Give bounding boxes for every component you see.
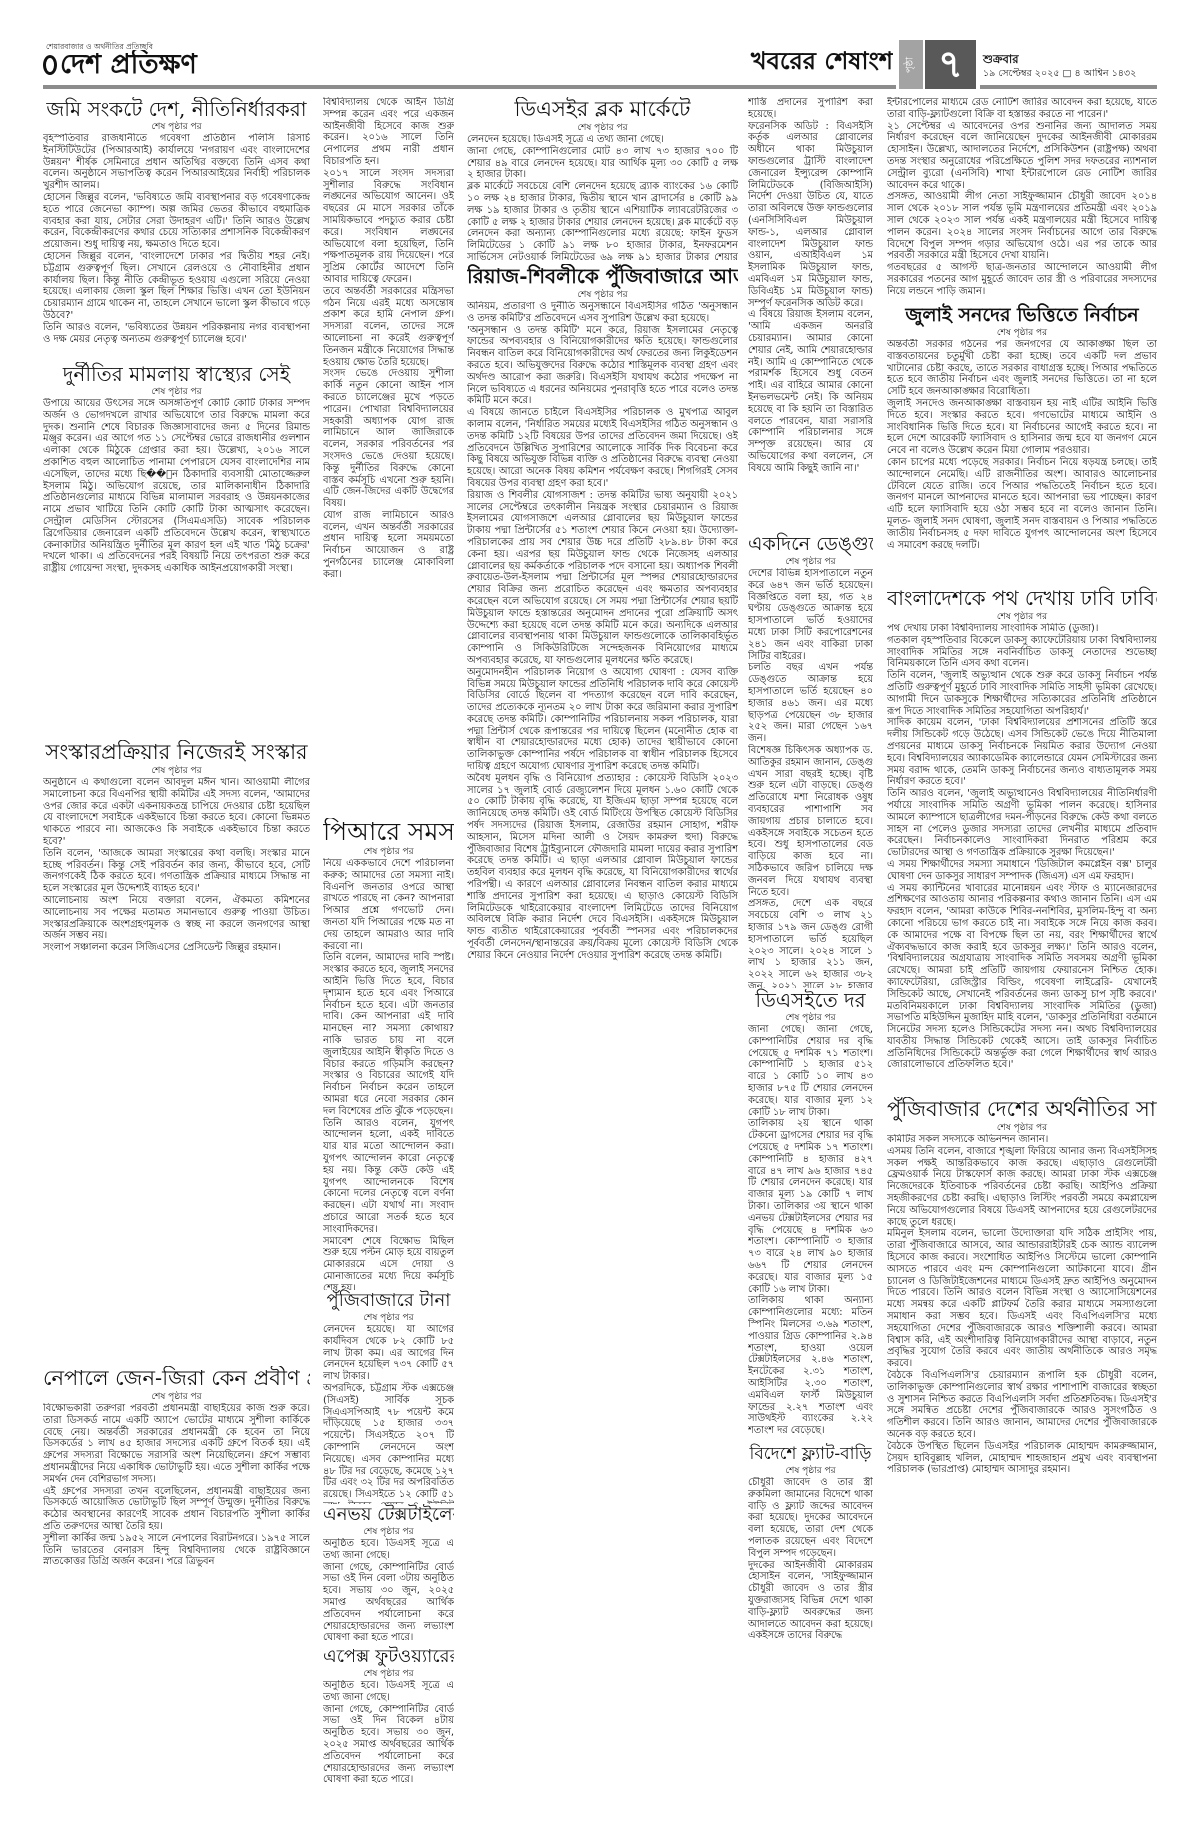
article-headline: নেপালে জেন-জিরা কেন প্রবীণ প্রধানমন্ত্রী xyxy=(43,1366,310,1391)
continued-from-label: শেষ পৃষ্ঠার পর xyxy=(323,1668,454,1680)
article-body: অনুষ্ঠিত হবে। ডিএসই সূত্রে এ তথ্য জানা গ… xyxy=(323,1680,454,1790)
article-body: বিক্ষোভকারী তরুণরা পরবর্তী প্রধানমন্ত্রী… xyxy=(43,1403,310,1838)
article-capital-market-economy: পুঁজিবাজার দেশের অর্থনীতির সাথে শেষ পৃষ্… xyxy=(887,1097,1157,1838)
article-body: উপায়ে আয়ের উৎসের সঙ্গে অসঙ্গতিপূর্ণ কো… xyxy=(43,398,310,740)
continued-from-label: শেষ পৃষ্ঠার পর xyxy=(887,1122,1157,1134)
page-label: পৃষ্ঠা xyxy=(903,56,920,72)
article-body: বিশ্ববিদ্যালয় থেকে আইন ডিগ্রি সম্পন্ন ক… xyxy=(323,97,454,818)
article-headline: এনভয় টেক্সটাইলের xyxy=(323,1504,454,1526)
article-body: ইন্টারপোলের মাধ্যমে রেড নোটিশ জারির আবেদ… xyxy=(887,97,1157,303)
article-body: অনুষ্ঠানে এ কথাগুলো বলেন আবদুল মঈন খান। … xyxy=(43,777,310,1366)
continued-from-label: শেষ পৃষ্ঠার পর xyxy=(748,1465,873,1477)
article-dengue: একদিনে ডেঙ্গুতে শেষ পৃষ্ঠার পর দেশের বিভ… xyxy=(748,532,873,988)
continued-from-label: শেষ পৃষ্ঠার পর xyxy=(43,1391,310,1403)
article-continuation: শাস্তি প্রদানের সুপারিশ করা হয়েছে। ফরেন… xyxy=(748,97,873,532)
continued-from-label: শেষ পৃষ্ঠার পর xyxy=(467,122,738,134)
article-body: বৃহস্পতিবার রাজধানীতে গবেষণা প্রতিষ্ঠান … xyxy=(43,133,310,362)
article-apex-footwear: এপেক্স ফুটওয়্যারের শেষ পৃষ্ঠার পর অনুষ্… xyxy=(323,1646,454,1790)
article-stock-market-continuous: পুঁজিবাজারে টানা শেষ পৃষ্ঠার পর লেনদেন হ… xyxy=(323,1290,454,1504)
article-headline: রিয়াজ-শিবলীকে পুঁজিবাজারে আজীবন xyxy=(467,264,738,289)
continued-from-label: শেষ পৃষ্ঠার পর xyxy=(43,765,310,777)
article-headline: পুঁজিবাজার দেশের অর্থনীতির সাথে xyxy=(887,1097,1157,1122)
page-label-box: পৃষ্ঠা xyxy=(899,40,923,89)
article-headline: পিআরে সমস্যা কী? xyxy=(323,818,454,846)
masthead-emblem-icon xyxy=(43,55,57,75)
article-headline: ডিএসইর ব্লক মার্কেটে xyxy=(467,97,738,122)
continued-from-label: শেষ পৃষ্ঠার পর xyxy=(748,1012,873,1024)
article-body: অনিয়ম, প্রতারণা ও দুর্নীতি অনুসন্ধানে ব… xyxy=(467,301,738,1838)
article-july-charter-election: জুলাই সনদের ভিত্তিতে নির্বাচন শেষ পৃষ্ঠা… xyxy=(887,303,1157,586)
article-health-corruption: দুর্নীতির মামলায় স্বাস্থ্যের সেই শেষ পৃ… xyxy=(43,362,310,740)
article-body: দেশের বিভিন্ন হাসপাতালে নতুন করে ৬৪৭ জন … xyxy=(748,568,873,988)
article-body: চৌধুরী জাবেদ ও তার স্ত্রী রুকমিলা জামানে… xyxy=(748,1477,873,1838)
article-headline: বিদেশে ফ্ল্যাট-বাড়ি xyxy=(748,1443,873,1465)
article-reform-process: সংস্কারপ্রক্রিয়ার নিজেরই সংস্কার শেষ পৃ… xyxy=(43,740,310,1366)
issue-date: ১৯ সেপ্টেম্বর ২০২৫ □ ৪ আশ্বিন ১৪৩২ xyxy=(983,68,1157,80)
masthead-title: দেশ প্রতিক্ষণ xyxy=(60,50,215,80)
article-pr-problem: পিআরে সমস্যা কী? শেষ পৃষ্ঠার পর নিয়ে এক… xyxy=(323,818,454,1290)
article-headline: পুঁজিবাজারে টানা xyxy=(323,1290,454,1312)
article-foreign-flats: বিদেশে ফ্ল্যাট-বাড়ি শেষ পৃষ্ঠার পর চৌধু… xyxy=(748,1443,873,1838)
continued-from-label: শেষ পৃষ্ঠার পর xyxy=(748,556,873,568)
article-headline: ডিএসইতে দর xyxy=(748,988,873,1012)
article-dse-price: ডিএসইতে দর শেষ পৃষ্ঠার পর জানা গেছে। জান… xyxy=(748,988,873,1443)
article-land-crisis: জমি সংকটে দেশ, নীতিনির্ধারকরা শেষ পৃষ্ঠা… xyxy=(43,97,310,362)
header-rule-right xyxy=(980,85,1157,89)
article-riaz-shibli: রিয়াজ-শিবলীকে পুঁজিবাজারে আজীবন শেষ পৃষ… xyxy=(467,264,738,1838)
article-body: লেনদেন হয়েছে। ডিএসই সূত্রে এ তথ্য জানা … xyxy=(467,134,738,264)
page-number: ৭ xyxy=(925,40,976,89)
article-headline: দুর্নীতির মামলায় স্বাস্থ্যের সেই xyxy=(43,362,310,386)
article-headline: জমি সংকটে দেশ, নীতিনির্ধারকরা xyxy=(43,97,310,121)
article-continuation: ইন্টারপোলের মাধ্যমে রেড নোটিশ জারির আবেদ… xyxy=(887,97,1157,303)
article-body: শাস্তি প্রদানের সুপারিশ করা হয়েছে। ফরেন… xyxy=(748,97,873,532)
article-body: কমিটির সকল সদস্যকে অভিনন্দন জানান। এসময়… xyxy=(887,1134,1157,1838)
article-headline: এপেক্স ফুটওয়্যারের xyxy=(323,1646,454,1668)
article-continuation: বিশ্ববিদ্যালয় থেকে আইন ডিগ্রি সম্পন্ন ক… xyxy=(323,97,454,818)
continued-from-label: শেষ পৃষ্ঠার পর xyxy=(43,386,310,398)
article-nepal-genz: নেপালে জেন-জিরা কেন প্রবীণ প্রধানমন্ত্রী… xyxy=(43,1366,310,1838)
section-title: খবরের শেষাংশ xyxy=(700,47,893,75)
issue-day: শুক্রবার xyxy=(983,52,1019,66)
header-rule-left xyxy=(43,85,896,89)
article-envoy-textiles: এনভয় টেক্সটাইলের শেষ পৃষ্ঠার পর অনুষ্ঠি… xyxy=(323,1504,454,1646)
article-body: অনুষ্ঠিত হবে। ডিএসই সূত্রে এ তথ্য জানা গ… xyxy=(323,1538,454,1646)
article-body: লেনদেন হয়েছে। যা আগের কার্যদিবস থেকে ৮২… xyxy=(323,1324,454,1504)
article-dse-block-market: ডিএসইর ব্লক মার্কেটে শেষ পৃষ্ঠার পর লেনদ… xyxy=(467,97,738,264)
article-body: পথ দেখায় ঢাকা বিশ্ববিদ্যালয় সাংবাদিক স… xyxy=(887,623,1157,1097)
newspaper-page: শেয়ারবাজার ও অর্থনীতির প্রতিচ্ছবি দেশ প… xyxy=(0,0,1200,1843)
article-body: অন্তর্বর্তী সরকার গঠনের পর জনগণের যে আকা… xyxy=(887,339,1157,586)
article-dhaka-university-journalists: বাংলাদেশকে পথ দেখায় ঢাবি ঢাবিকে পথ শেষ … xyxy=(887,586,1157,1097)
continued-from-label: শেষ পৃষ্ঠার পর xyxy=(467,289,738,301)
continued-from-label: শেষ পৃষ্ঠার পর xyxy=(887,327,1157,339)
continued-from-label: শেষ পৃষ্ঠার পর xyxy=(43,121,310,133)
article-headline: বাংলাদেশকে পথ দেখায় ঢাবি ঢাবিকে পথ xyxy=(887,586,1157,611)
continued-from-label: শেষ পৃষ্ঠার পর xyxy=(323,846,454,858)
continued-from-label: শেষ পৃষ্ঠার পর xyxy=(323,1526,454,1538)
article-body: জানা গেছে। জানা গেছে, কোম্পানিটির শেয়ার… xyxy=(748,1024,873,1443)
article-headline: সংস্কারপ্রক্রিয়ার নিজেরই সংস্কার xyxy=(43,740,310,765)
continued-from-label: শেষ পৃষ্ঠার পর xyxy=(887,611,1157,623)
article-headline: একদিনে ডেঙ্গুতে xyxy=(748,532,873,556)
article-body: নিয়ে এককভাবে দেশে পরিচালনা করুক; আমাদের… xyxy=(323,858,454,1290)
continued-from-label: শেষ পৃষ্ঠার পর xyxy=(323,1312,454,1324)
article-headline: জুলাই সনদের ভিত্তিতে নির্বাচন xyxy=(887,303,1157,327)
